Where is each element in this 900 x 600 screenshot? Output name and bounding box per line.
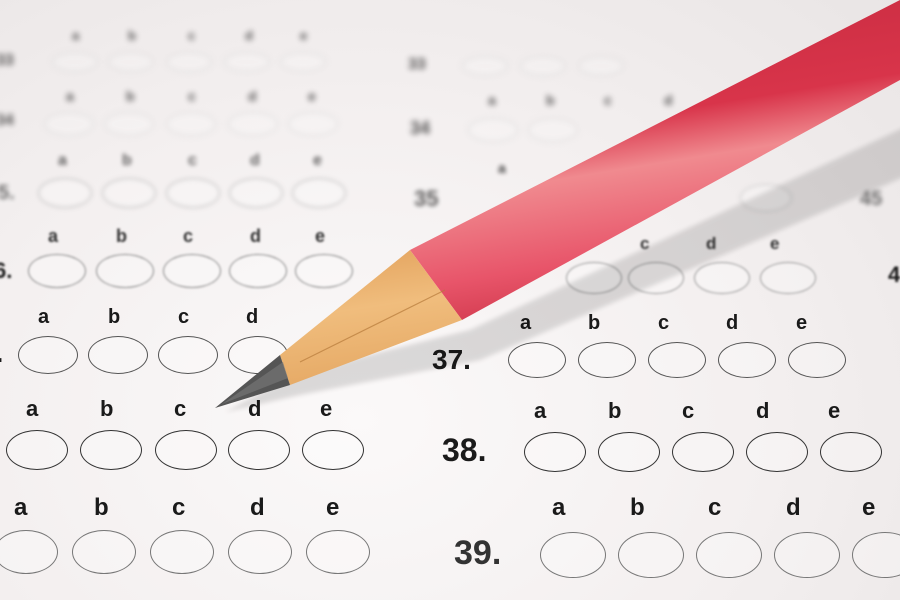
choice-label-a: a	[38, 306, 49, 329]
answer-bubble[interactable]	[280, 52, 326, 72]
choice-label-d: d	[664, 92, 673, 108]
question-number: 6.	[0, 258, 12, 284]
choice-label-b: b	[108, 306, 120, 329]
choice-label-d: d	[706, 234, 716, 254]
choice-label-e: e	[320, 396, 332, 422]
answer-bubble[interactable]	[696, 532, 762, 578]
answer-bubble[interactable]	[774, 532, 840, 578]
choice-label-d: d	[248, 396, 261, 422]
choice-label-c: c	[183, 226, 193, 247]
answer-bubble[interactable]	[158, 336, 218, 374]
answer-bubble[interactable]	[788, 342, 846, 378]
answer-bubble[interactable]	[80, 430, 142, 470]
choice-label-b: b	[94, 494, 109, 522]
choice-label-a: a	[26, 396, 38, 422]
answer-bubble[interactable]	[88, 336, 148, 374]
choice-label-c: c	[174, 396, 186, 422]
question-number: 39.	[454, 534, 501, 573]
choice-label-d: d	[756, 398, 769, 424]
question-number: 33	[0, 52, 14, 70]
choice-label-b: b	[128, 28, 136, 43]
choice-label-c: c	[682, 398, 694, 424]
choice-label-e: e	[300, 28, 307, 43]
answer-bubble[interactable]	[746, 432, 808, 472]
choice-label-c: c	[188, 88, 196, 104]
choice-label-c: c	[640, 234, 649, 254]
question-number: .	[0, 338, 3, 369]
choice-label-a: a	[520, 312, 531, 335]
answer-sheet: 33 a b c d e 34 a b c d e 5. a b c d e	[0, 0, 900, 600]
answer-bubble[interactable]	[292, 178, 346, 208]
answer-bubble[interactable]	[508, 342, 566, 378]
answer-bubble[interactable]	[520, 56, 566, 76]
answer-bubble[interactable]	[163, 254, 221, 288]
choice-label-a: a	[498, 160, 506, 176]
choice-label-e: e	[326, 494, 339, 522]
choice-label-d: d	[786, 494, 801, 522]
choice-label-a: a	[72, 28, 79, 43]
question-number: 37.	[432, 344, 471, 376]
choice-label-b: b	[630, 494, 645, 522]
answer-bubble[interactable]	[150, 530, 214, 574]
choice-label-c: c	[172, 494, 185, 522]
choice-label-e: e	[313, 152, 322, 170]
answer-bubble[interactable]	[462, 56, 508, 76]
choice-label-e: e	[315, 226, 325, 247]
answer-bubble[interactable]	[672, 432, 734, 472]
answer-bubble[interactable]	[44, 112, 94, 136]
answer-bubble[interactable]	[228, 112, 278, 136]
choice-label-b: b	[122, 152, 132, 170]
question-number: 33	[408, 56, 426, 74]
answer-bubble[interactable]	[295, 254, 353, 288]
answer-bubble[interactable]	[52, 52, 98, 72]
choice-label-d: d	[250, 494, 265, 522]
answer-bubble[interactable]	[104, 112, 154, 136]
answer-bubble[interactable]	[166, 178, 220, 208]
choice-label-c: c	[188, 28, 195, 43]
choice-label-d: d	[246, 306, 258, 329]
choice-label-e: e	[862, 494, 875, 522]
choice-label-e: e	[796, 312, 807, 335]
choice-label-b: b	[546, 92, 555, 108]
choice-label-a: a	[488, 92, 496, 108]
answer-bubble[interactable]	[540, 532, 606, 578]
answer-bubble[interactable]	[578, 56, 624, 76]
answer-bubble[interactable]	[166, 112, 216, 136]
answer-bubble[interactable]	[566, 262, 622, 294]
answer-bubble[interactable]	[155, 430, 217, 470]
answer-bubble[interactable]	[108, 52, 154, 72]
choice-label-e: e	[828, 398, 840, 424]
choice-label-b: b	[588, 312, 600, 335]
answer-bubble[interactable]	[6, 430, 68, 470]
answer-bubble[interactable]	[648, 342, 706, 378]
answer-bubble[interactable]	[740, 184, 792, 212]
choice-label-e: e	[308, 88, 316, 104]
answer-bubble[interactable]	[228, 336, 288, 374]
answer-bubble[interactable]	[760, 262, 816, 294]
question-number: 4	[888, 262, 900, 288]
question-number: 34	[410, 118, 430, 139]
choice-label-c: c	[178, 306, 189, 329]
choice-label-d: d	[250, 152, 260, 170]
choice-label-a: a	[58, 152, 67, 170]
answer-bubble[interactable]	[306, 530, 370, 574]
question-number: 35	[414, 186, 438, 212]
choice-label-d: d	[250, 226, 261, 247]
choice-label-d: d	[245, 28, 253, 43]
answer-bubble[interactable]	[288, 112, 338, 136]
answer-bubble[interactable]	[718, 342, 776, 378]
choice-label-e: e	[770, 234, 779, 254]
answer-bubble[interactable]	[598, 432, 660, 472]
answer-bubble[interactable]	[852, 532, 900, 578]
choice-label-c: c	[658, 312, 669, 335]
choice-label-a: a	[66, 88, 74, 104]
answer-bubble[interactable]	[229, 178, 283, 208]
question-number: 5.	[0, 182, 15, 205]
answer-bubble[interactable]	[628, 262, 684, 294]
choice-label-c: c	[188, 152, 197, 170]
question-number: 38.	[442, 432, 486, 469]
choice-label-b: b	[100, 396, 113, 422]
answer-bubble[interactable]	[224, 52, 270, 72]
answer-bubble[interactable]	[0, 530, 58, 574]
answer-bubble[interactable]	[468, 118, 518, 142]
choice-label-b: b	[126, 88, 135, 104]
question-number: 45	[860, 188, 882, 211]
answer-bubble[interactable]	[102, 178, 156, 208]
answer-bubble[interactable]	[28, 254, 86, 288]
choice-label-a: a	[534, 398, 546, 424]
choice-label-a: a	[552, 494, 565, 522]
answer-bubble[interactable]	[228, 530, 292, 574]
question-number: 34	[0, 112, 14, 130]
answer-bubble[interactable]	[578, 342, 636, 378]
answer-bubble[interactable]	[694, 262, 750, 294]
choice-label-c: c	[604, 92, 612, 108]
answer-bubble[interactable]	[72, 530, 136, 574]
answer-bubble[interactable]	[528, 118, 578, 142]
choice-label-d: d	[726, 312, 738, 335]
answer-bubble[interactable]	[166, 52, 212, 72]
choice-label-a: a	[48, 226, 58, 247]
answer-bubble[interactable]	[18, 336, 78, 374]
choice-label-b: b	[116, 226, 127, 247]
answer-bubble[interactable]	[524, 432, 586, 472]
choice-label-c: c	[708, 494, 721, 522]
answer-bubble[interactable]	[820, 432, 882, 472]
answer-bubble[interactable]	[302, 430, 364, 470]
choice-label-a: a	[14, 494, 27, 522]
answer-bubble[interactable]	[96, 254, 154, 288]
choice-label-b: b	[608, 398, 621, 424]
answer-bubble[interactable]	[229, 254, 287, 288]
answer-bubble[interactable]	[38, 178, 92, 208]
choice-label-d: d	[248, 88, 257, 104]
answer-bubble[interactable]	[618, 532, 684, 578]
answer-bubble[interactable]	[228, 430, 290, 470]
